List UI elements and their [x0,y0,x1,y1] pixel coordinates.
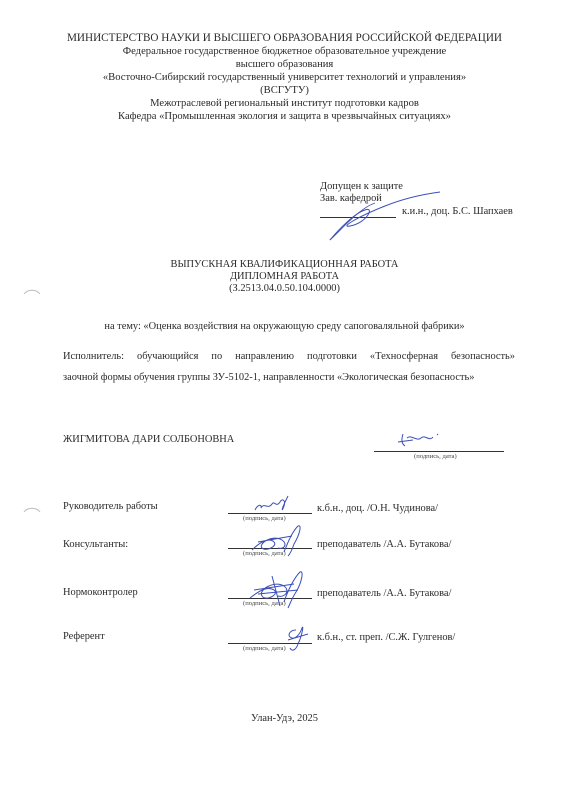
work-type-title: ВЫПУСКНАЯ КВАЛИФИКАЦИОННАЯ РАБОТА [0,259,569,270]
student-sign-caption: (подпись, дата) [414,453,457,460]
sign-caption: (подпись, дата) [243,515,286,522]
work-code: (З.2513.04.0.50.104.0000) [0,283,569,294]
university-abbr: (ВСГУТУ) [0,84,569,97]
institution-type-line2: высшего образования [0,58,569,71]
signatory-person: преподаватель /А.А. Бутакова/ [317,539,451,550]
margin-mark-icon [22,288,42,296]
department-name: Кафедра «Промышленная экология и защита … [0,110,569,123]
signatory-person: преподаватель /А.А. Бутакова/ [317,588,451,599]
normcontroller-signature-icon [246,568,312,610]
head-signature-icon [325,188,445,246]
signatory-person: к.б.н., доц. /О.Н. Чудинова/ [317,503,438,514]
signatory-role: Консультанты: [63,539,128,550]
university-name: «Восточно-Сибирский государственный унив… [0,71,569,84]
student-name: ЖИГМИТОВА ДАРИ СОЛБОНОВНА [63,434,234,445]
city-year: Улан-Удэ, 2025 [0,713,569,724]
signatory-role: Референт [63,631,105,642]
margin-mark-icon [22,506,42,514]
ministry-heading: МИНИСТЕРСТВО НАУКИ И ВЫСШЕГО ОБРАЗОВАНИЯ… [0,32,569,45]
sign-caption: (подпись, дата) [243,645,286,652]
supervisor-signature-icon [252,494,294,516]
referent-signature-icon [282,622,312,656]
signatory-role: Нормоконтролер [63,587,138,598]
signatory-role: Руководитель работы [63,501,158,512]
institution-type-line1: Федеральное государственное бюджетное об… [0,45,569,58]
executor-line1: Исполнитель: обучающийся по направлению … [63,351,515,362]
diploma-title: ДИПЛОМНАЯ РАБОТА [0,271,569,282]
consultant-signature-icon [248,522,308,560]
student-signature-icon [395,428,445,450]
student-signature-line [374,451,504,452]
topic: на тему: «Оценка воздействия на окружающ… [0,321,569,332]
executor-line2: заочной формы обучения группы ЗУ-5102-1,… [63,372,474,383]
institute-name: Межотраслевой региональный институт подг… [0,97,569,110]
signatory-person: к.б.н., ст. преп. /С.Ж. Гулгенов/ [317,632,455,643]
